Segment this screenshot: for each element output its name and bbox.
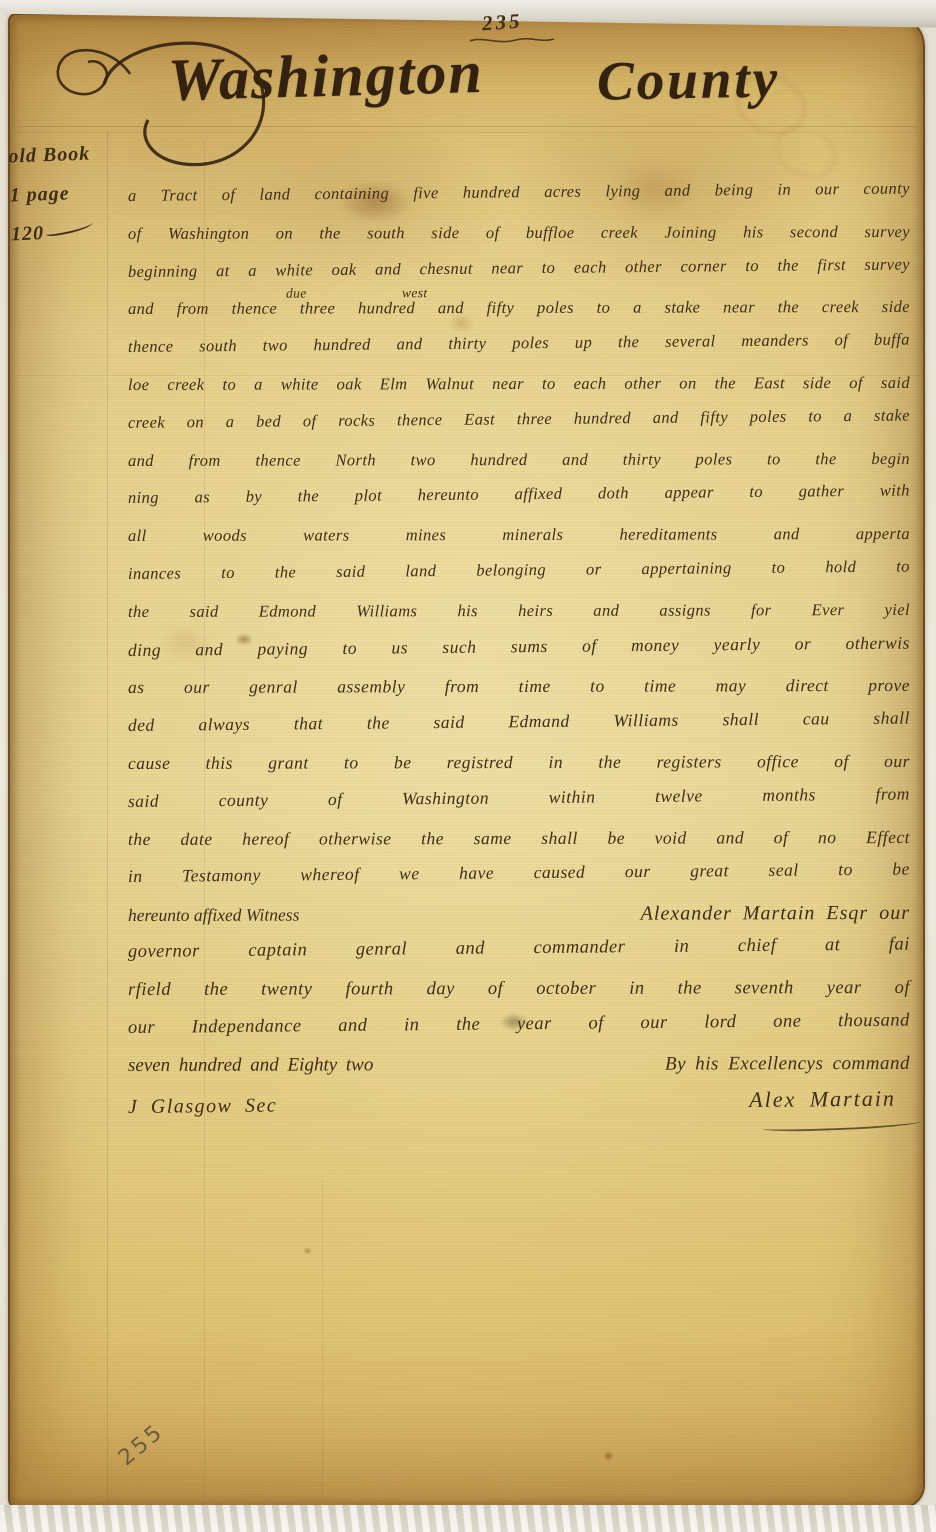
margin-note-page-ref: 120 xyxy=(11,222,45,245)
document-line: a Tract of land containing five hundred … xyxy=(128,178,910,223)
witness-line-left: hereunto affixed Witness xyxy=(128,905,299,926)
line-text: all woods waters mines minerals heredita… xyxy=(128,524,910,545)
margin-note-line: 120 xyxy=(11,221,95,263)
header-rule-line xyxy=(18,126,918,127)
fold-crease-line xyxy=(322,1180,323,1500)
closing-line-left: seven hundred and Eighty two xyxy=(128,1055,373,1078)
page-number-underline-flourish xyxy=(468,34,556,46)
line-text: the said Edmond Williams his heirs and a… xyxy=(128,600,910,621)
secretary-signature: J Glasgow Sec xyxy=(128,1095,277,1119)
document-line: inances to the said land belonging or ap… xyxy=(128,556,910,601)
line-text: of Washington on the south side of buffl… xyxy=(128,222,910,243)
document-line: our Independance and in the year of our … xyxy=(128,1010,910,1055)
document-line: ning as by the plot hereunto affixed dot… xyxy=(128,481,910,526)
document-line: ding and paying to us such sums of money… xyxy=(128,632,910,677)
header-rule-line xyxy=(18,132,918,133)
document-body: a Tract of land containing five hundred … xyxy=(128,186,910,1131)
paper-spot xyxy=(303,1247,312,1255)
governor-signature: Alex Martain xyxy=(749,1086,896,1113)
line-text: rfield the twenty fourth day of october … xyxy=(128,978,910,1000)
inserted-word-due: due xyxy=(286,286,307,302)
margin-note-dash-flourish xyxy=(45,219,94,237)
line-text: as our genral assembly from time to time… xyxy=(128,675,910,697)
line-text: cause this grant to be registred in the … xyxy=(128,751,910,773)
document-line: governor captain genral and commander in… xyxy=(128,934,910,979)
line-text: and from thence North two hundred and th… xyxy=(128,449,910,470)
line-text: and from thence three hundred and fifty … xyxy=(128,297,910,318)
scan-bottom-page-edge xyxy=(0,1505,936,1532)
document-line: ded always that the said Edmand Williams… xyxy=(128,708,910,753)
closing-line-right: By his Excellencys command xyxy=(665,1053,910,1076)
document-line: in Testamony whereof we have caused our … xyxy=(128,859,910,904)
line-text: loe creek to a white oak Elm Walnut near… xyxy=(128,373,910,394)
document-line: beginning at a white oak and chesnut nea… xyxy=(128,254,910,299)
line-text: the date hereof otherwise the same shall… xyxy=(128,826,910,848)
document-line: said county of Washington within twelve … xyxy=(128,783,910,828)
header-county: County xyxy=(596,46,780,112)
margin-note: old Book 1 page 120 xyxy=(8,143,95,263)
witness-line-right: Alexander Martain Esqr our xyxy=(641,902,910,926)
page-number: 235 xyxy=(481,9,523,37)
margin-rule-line xyxy=(107,130,108,1500)
paper-spot xyxy=(603,1451,614,1461)
margin-note-line: 1 page xyxy=(9,182,93,224)
inserted-word-west: west xyxy=(402,286,428,302)
margin-note-line: old Book xyxy=(8,143,92,185)
document-line: creek on a bed of rocks thence East thre… xyxy=(128,405,910,450)
document-line: thence south two hundred and thirty pole… xyxy=(128,330,910,375)
header-washington: Washington xyxy=(167,38,484,115)
